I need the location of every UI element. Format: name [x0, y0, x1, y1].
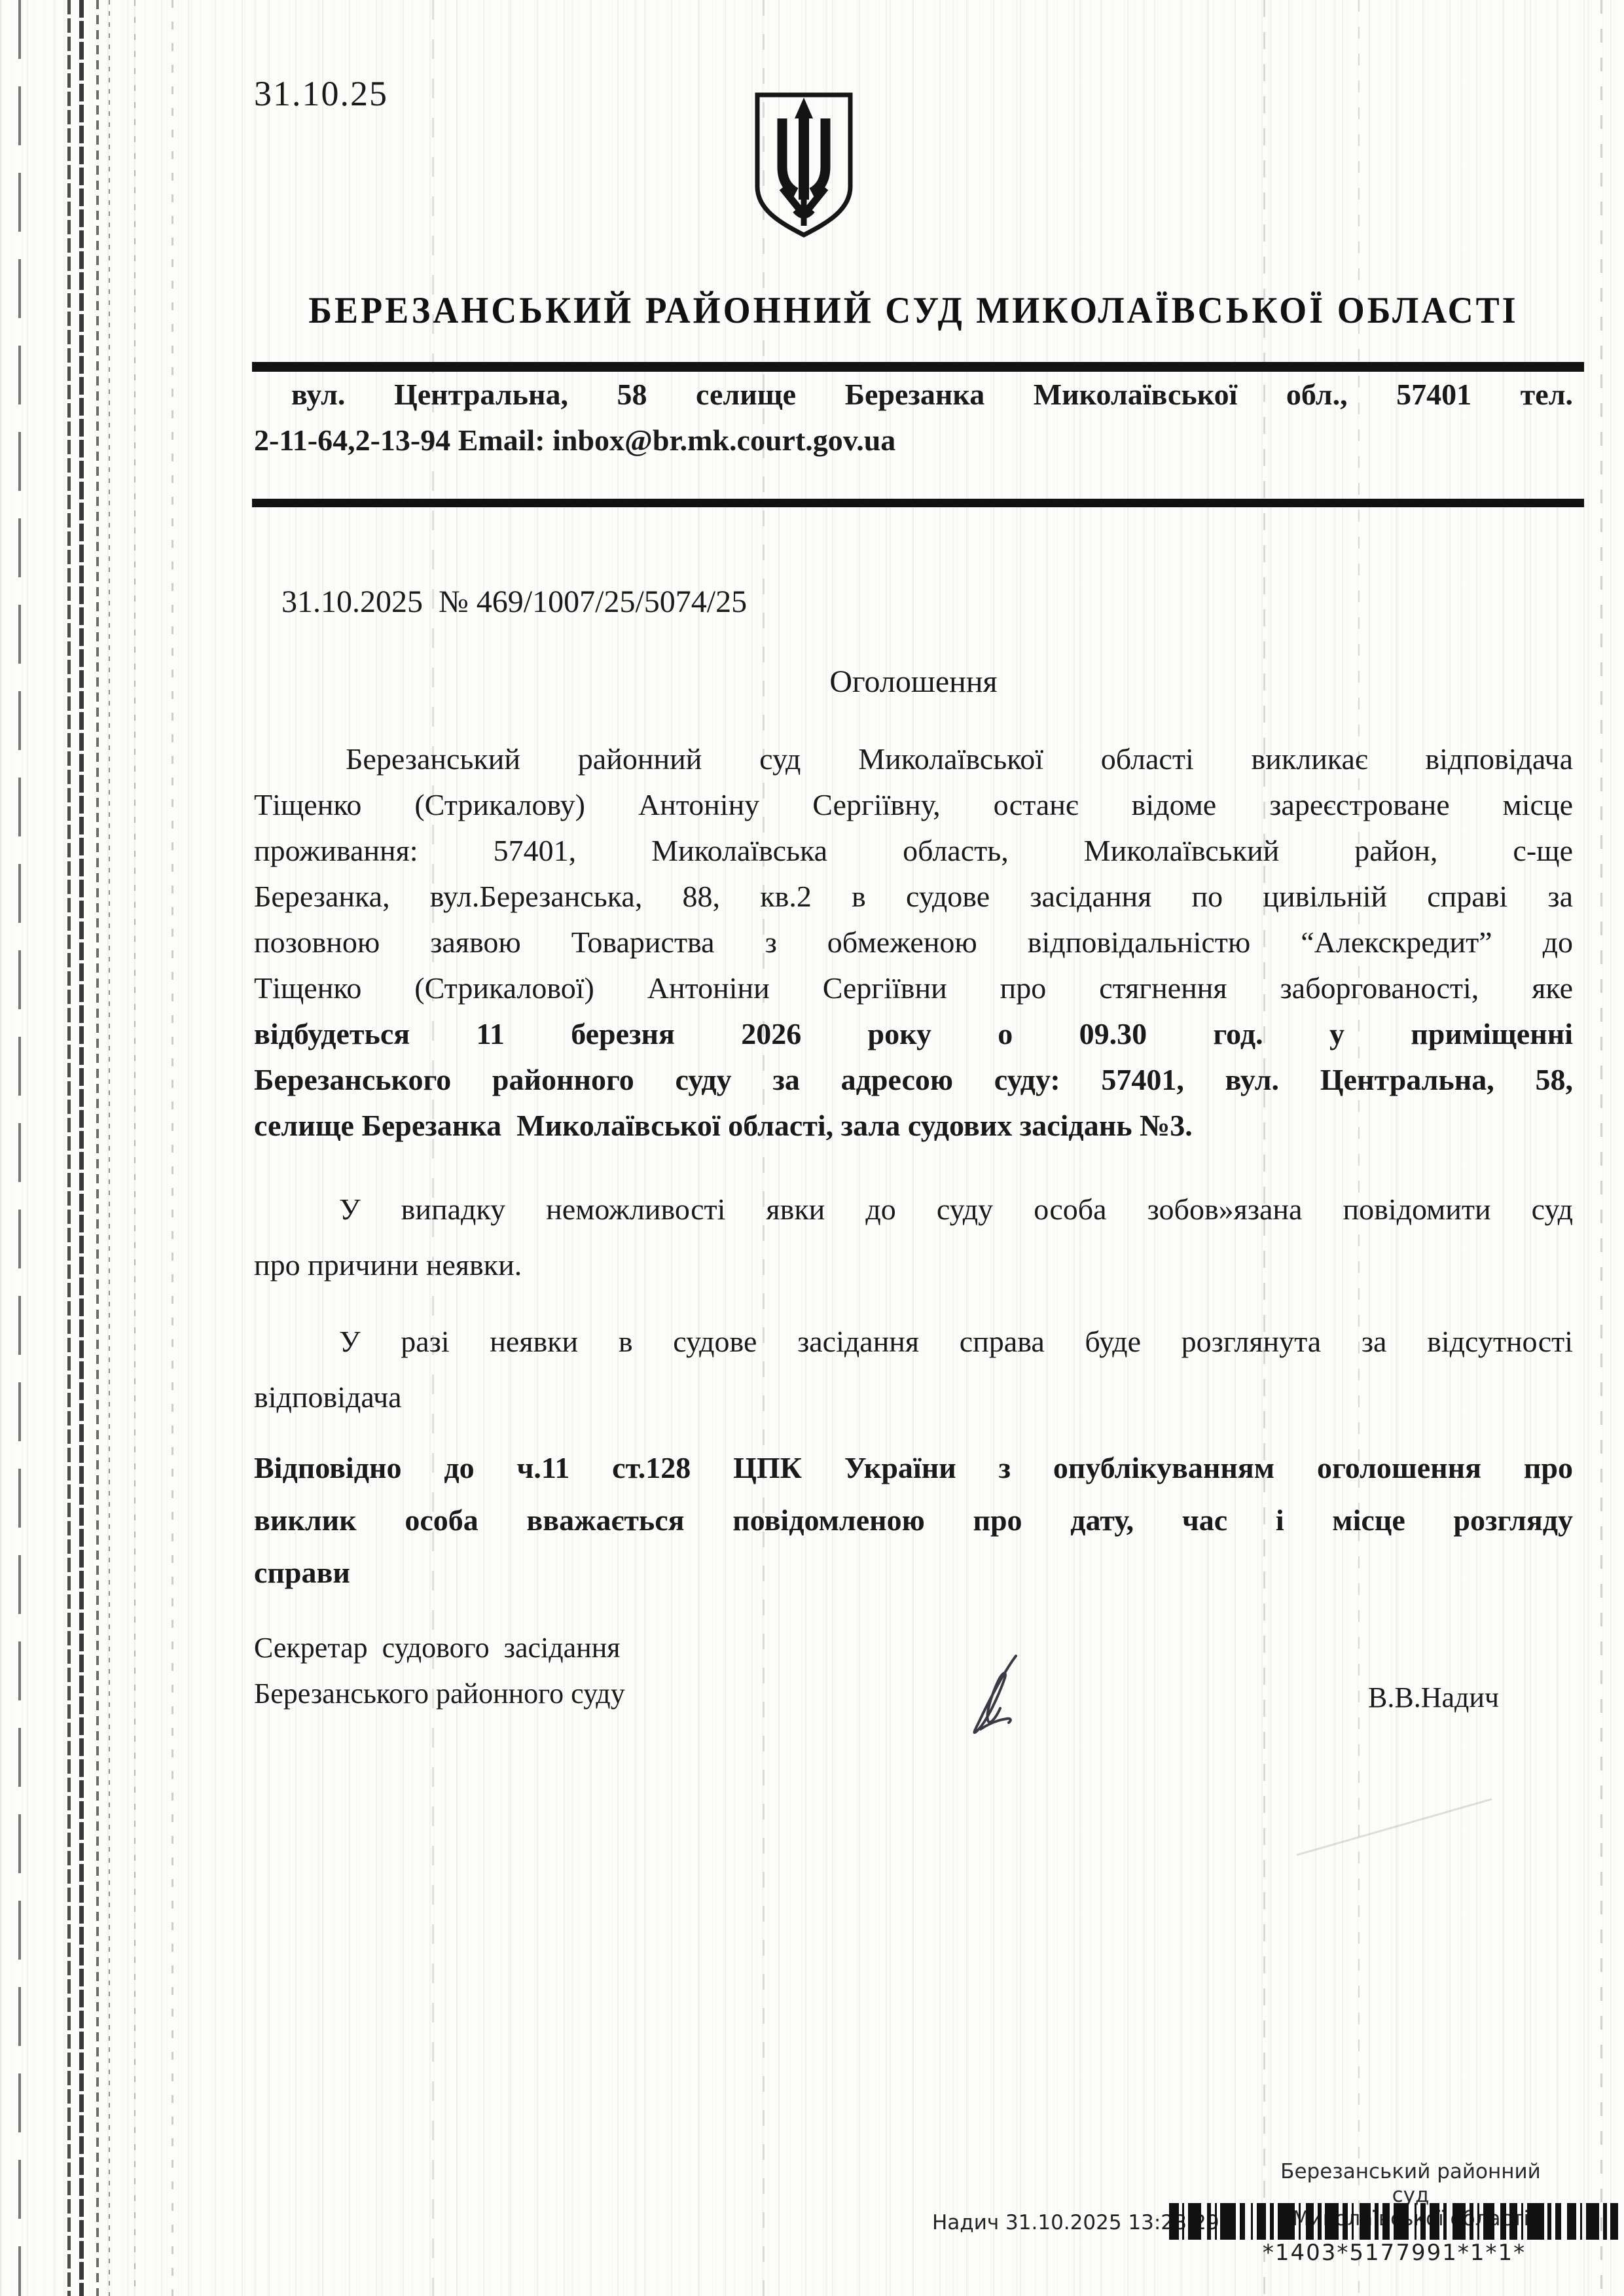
- barcode-bar: [1201, 2203, 1207, 2240]
- body-line: відповідача: [254, 1369, 1573, 1425]
- scan-date-stamp: 31.10.25: [254, 73, 388, 114]
- barcode-bar: [1494, 2203, 1500, 2240]
- barcode-bar: [1220, 2203, 1235, 2240]
- body-line: проживання: 57401, Миколаївська область,…: [254, 828, 1573, 874]
- barcode-bar: [1430, 2203, 1439, 2240]
- barcode-bar: [1509, 2203, 1517, 2240]
- divider-rule-top: [252, 362, 1584, 372]
- body-line: Березанський районний суд Миколаївської …: [254, 736, 1573, 782]
- signature-icon: [943, 1649, 1041, 1741]
- scan-artifact: [96, 0, 99, 2296]
- court-address-line2: 2-11-64,2-13-94 Email: inbox@br.mk.court…: [254, 422, 1573, 459]
- body-line: У разі неявки в судове засідання справа …: [254, 1314, 1573, 1369]
- barcode-bar: [1257, 2203, 1267, 2240]
- body-line: Тіщенко (Стрикалової) Антоніни Сергіївни…: [254, 965, 1573, 1011]
- barcode-bar: [1483, 2203, 1494, 2240]
- signature-role-line2: Березанського районного суду: [254, 1677, 625, 1710]
- barcode-bar: [1278, 2203, 1295, 2240]
- body-line: позовною заявою Товариства з обмеженою в…: [254, 920, 1573, 965]
- barcode-bar: [1306, 2203, 1314, 2240]
- barcode-bar: [1301, 2203, 1307, 2240]
- coat-of-arms-icon: [748, 90, 859, 240]
- body-line-hearing-room: селище Березанка Миколаївської області, …: [254, 1103, 1573, 1149]
- barcode-bar: [1586, 2203, 1599, 2240]
- scan-artifact: [134, 0, 135, 2296]
- barcode-bar: [1527, 2203, 1544, 2240]
- scan-artifact: [79, 0, 84, 2296]
- barcode-bar: [1561, 2203, 1567, 2240]
- body-line: Тіщенко (Стрикалову) Антоніну Сергіївну,…: [254, 782, 1573, 828]
- barcode-bar: [1360, 2203, 1371, 2240]
- barcode-bar: [1610, 2203, 1618, 2240]
- scan-artifact: [18, 0, 21, 2296]
- barcode-bar: [1555, 2203, 1561, 2240]
- body-line: Відповідно до ч.11 ст.128 ЦПК України з …: [254, 1442, 1573, 1494]
- barcode-bar: [1382, 2203, 1390, 2240]
- body-line-hearing-date: відбудеться 11 березня 2026 року о 09.30…: [254, 1011, 1573, 1057]
- paragraph-default-hearing: У разі неявки в судове засідання справа …: [254, 1314, 1573, 1425]
- paragraph-absence-notice: У випадку неможливості явки до суду особ…: [254, 1181, 1573, 1293]
- body-line: виклик особа вважається повідомленою про…: [254, 1494, 1573, 1547]
- scan-artifact: [109, 0, 110, 2296]
- scanned-court-document-page: 31.10.25 БЕРЕЗАНСЬКИЙ РАЙОННИЙ СУД МИКОЛ…: [0, 0, 1624, 2296]
- barcode-bar: [1500, 2203, 1506, 2240]
- barcode-bar: [1343, 2203, 1348, 2240]
- divider-rule-bottom: [252, 499, 1584, 507]
- scan-artifact: [67, 0, 71, 2296]
- body-line: Березанка, вул.Березанська, 88, кв.2 в с…: [254, 874, 1573, 920]
- barcode-bar: [1409, 2203, 1415, 2240]
- barcode: [1169, 2203, 1622, 2240]
- paragraph-summons: Березанський районний суд Миколаївської …: [254, 736, 1573, 1149]
- barcode-bar: [1240, 2203, 1246, 2240]
- scan-artifact: [171, 0, 173, 2296]
- barcode-bar: [1245, 2203, 1251, 2240]
- body-line: справи: [254, 1547, 1573, 1599]
- barcode-bar: [1394, 2203, 1409, 2240]
- court-address-line1: вул. Центральна, 58 селище Березанка Мик…: [254, 376, 1573, 413]
- signature-role-line1: Секретар судового засідання: [254, 1631, 621, 1664]
- body-line: про причини неявки.: [254, 1237, 1573, 1293]
- scan-artifact: [1297, 1798, 1492, 1856]
- barcode-bar: [1169, 2203, 1179, 2240]
- barcode-bar: [1447, 2203, 1453, 2240]
- barcode-bar: [1420, 2203, 1426, 2240]
- court-name-title: БЕРЕЗАНСЬКИЙ РАЙОННИЙ СУД МИКОЛАЇВСЬКОЇ …: [254, 289, 1573, 332]
- barcode-bar: [1188, 2203, 1201, 2240]
- doc-title: Оголошення: [254, 664, 1573, 700]
- footer-court-name-line1: Березанський районний суд: [1276, 2160, 1545, 2207]
- barcode-bar: [1453, 2203, 1466, 2240]
- scan-artifact: [1600, 0, 1602, 2296]
- doc-date-number: 31.10.2025 № 469/1007/25/5074/25: [281, 584, 747, 620]
- barcode-text: *1403*5177991*1*1*: [1211, 2240, 1578, 2266]
- body-line-hearing-address: Березанського районного суду за адресою …: [254, 1057, 1573, 1103]
- signatory-name: В.В.Надич: [1368, 1681, 1499, 1714]
- body-line: У випадку неможливості явки до суду особ…: [254, 1181, 1573, 1237]
- paragraph-legal-basis: Відповідно до ч.11 ст.128 ЦПК України з …: [254, 1442, 1573, 1599]
- barcode-bar: [1618, 2203, 1622, 2240]
- barcode-bar: [1354, 2203, 1360, 2240]
- barcode-bar: [1567, 2203, 1577, 2240]
- barcode-bar: [1325, 2203, 1338, 2240]
